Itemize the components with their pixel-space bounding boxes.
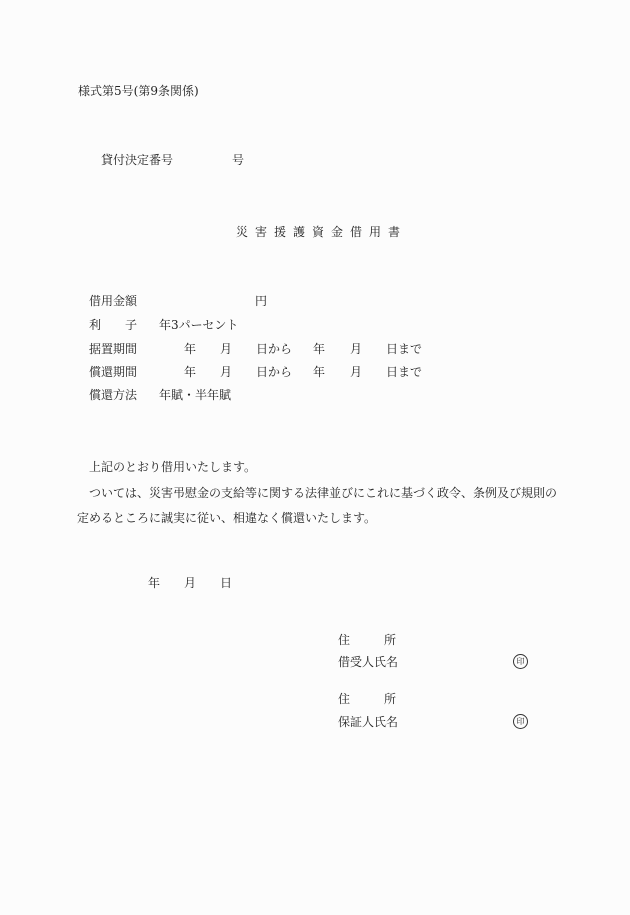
statement-line-3: 定めるところに誠実に従い、相違なく償還いたします。 xyxy=(77,511,376,525)
loan-amount-label: 借用金額 xyxy=(89,294,137,308)
repayment-day-from: 日から xyxy=(256,365,292,379)
repayment-year-2: 年 xyxy=(313,365,325,379)
borrower-seal-icon: 印 xyxy=(513,654,528,669)
loan-amount-unit: 円 xyxy=(255,294,267,308)
repayment-period-label: 償還期間 xyxy=(89,365,137,379)
borrower-address-label-1: 住 xyxy=(338,633,350,647)
document-title: 災害援護資金借用書 xyxy=(236,225,407,239)
interest-label-1: 利 xyxy=(89,318,101,332)
interest-label-2: 子 xyxy=(125,318,137,332)
form-header: 様式第5号(第9条関係) xyxy=(78,84,199,98)
grace-year-2: 年 xyxy=(313,342,325,356)
grace-year-1: 年 xyxy=(184,342,196,356)
grace-day-from: 日から xyxy=(256,342,292,356)
repayment-month-1: 月 xyxy=(220,365,232,379)
decision-number-label: 貸付決定番号 xyxy=(101,153,173,167)
guarantor-seal-icon: 印 xyxy=(513,714,528,729)
grace-month-2: 月 xyxy=(350,342,362,356)
repayment-method-label: 償還方法 xyxy=(89,388,137,402)
repayment-year-1: 年 xyxy=(184,365,196,379)
date-month: 月 xyxy=(184,576,196,590)
repayment-month-2: 月 xyxy=(350,365,362,379)
borrower-name-label: 借受人氏名 xyxy=(338,655,398,669)
borrower-address-label-2: 所 xyxy=(384,633,396,647)
guarantor-name-label: 保証人氏名 xyxy=(338,715,398,729)
statement-line-2: ついては、災害弔慰金の支給等に関する法律並びにこれに基づく政令、条例及び規則の xyxy=(89,486,557,500)
repayment-method-value: 年賦・半年賦 xyxy=(159,388,231,402)
grace-month-1: 月 xyxy=(220,342,232,356)
grace-period-label: 据置期間 xyxy=(89,342,137,356)
guarantor-address-label-2: 所 xyxy=(384,692,396,706)
decision-number-suffix: 号 xyxy=(232,153,244,167)
date-day: 日 xyxy=(220,576,232,590)
statement-line-1: 上記のとおり借用いたします。 xyxy=(89,460,256,474)
repayment-day-until: 日まで xyxy=(386,365,422,379)
guarantor-address-label-1: 住 xyxy=(338,692,350,706)
interest-value: 年3パーセント xyxy=(159,318,238,332)
date-year: 年 xyxy=(148,576,160,590)
grace-day-until: 日まで xyxy=(386,342,422,356)
